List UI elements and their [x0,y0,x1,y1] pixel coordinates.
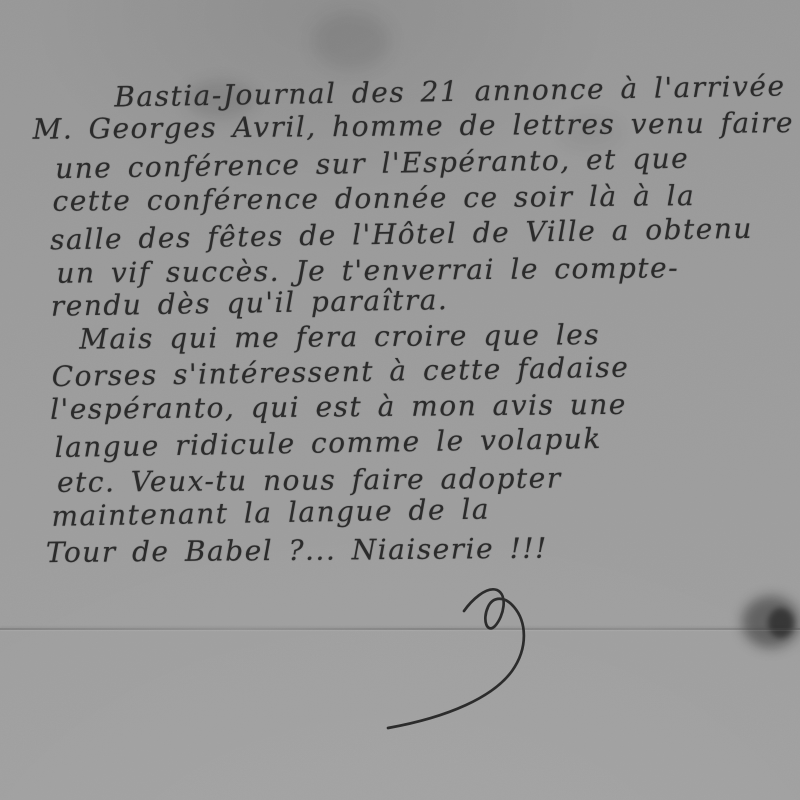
handwritten-line: Tour de Babel ?... Niaiserie !!! [46,532,548,569]
handwritten-line: Corses s'intéressent à cette fadaise [51,351,629,394]
handwritten-line: salle des fêtes de l'Hôtel de Ville a ob… [50,212,753,257]
handwritten-line: l'espéranto, qui est à mon avis une [50,388,627,426]
handwritten-line: Mais qui me fera croire que les [79,318,600,356]
handwritten-line: langue ridicule comme le volapuk [54,422,602,464]
handwritten-line: rendu dès qu'il paraîtra. [51,283,449,323]
letter-body: Bastia-Journal des 21 annonce à l'arrivé… [0,0,800,800]
handwritten-line: M. Georges Avril, homme de lettres venu … [33,106,795,146]
handwritten-line: maintenant la langue de la [51,493,490,533]
handwritten-line: une conférence sur l'Espéranto, et que [55,142,690,186]
handwritten-line: cette conférence donnée ce soir là à la [52,179,695,218]
scanned-letter-page: Bastia-Journal des 21 annonce à l'arrivé… [0,0,800,800]
